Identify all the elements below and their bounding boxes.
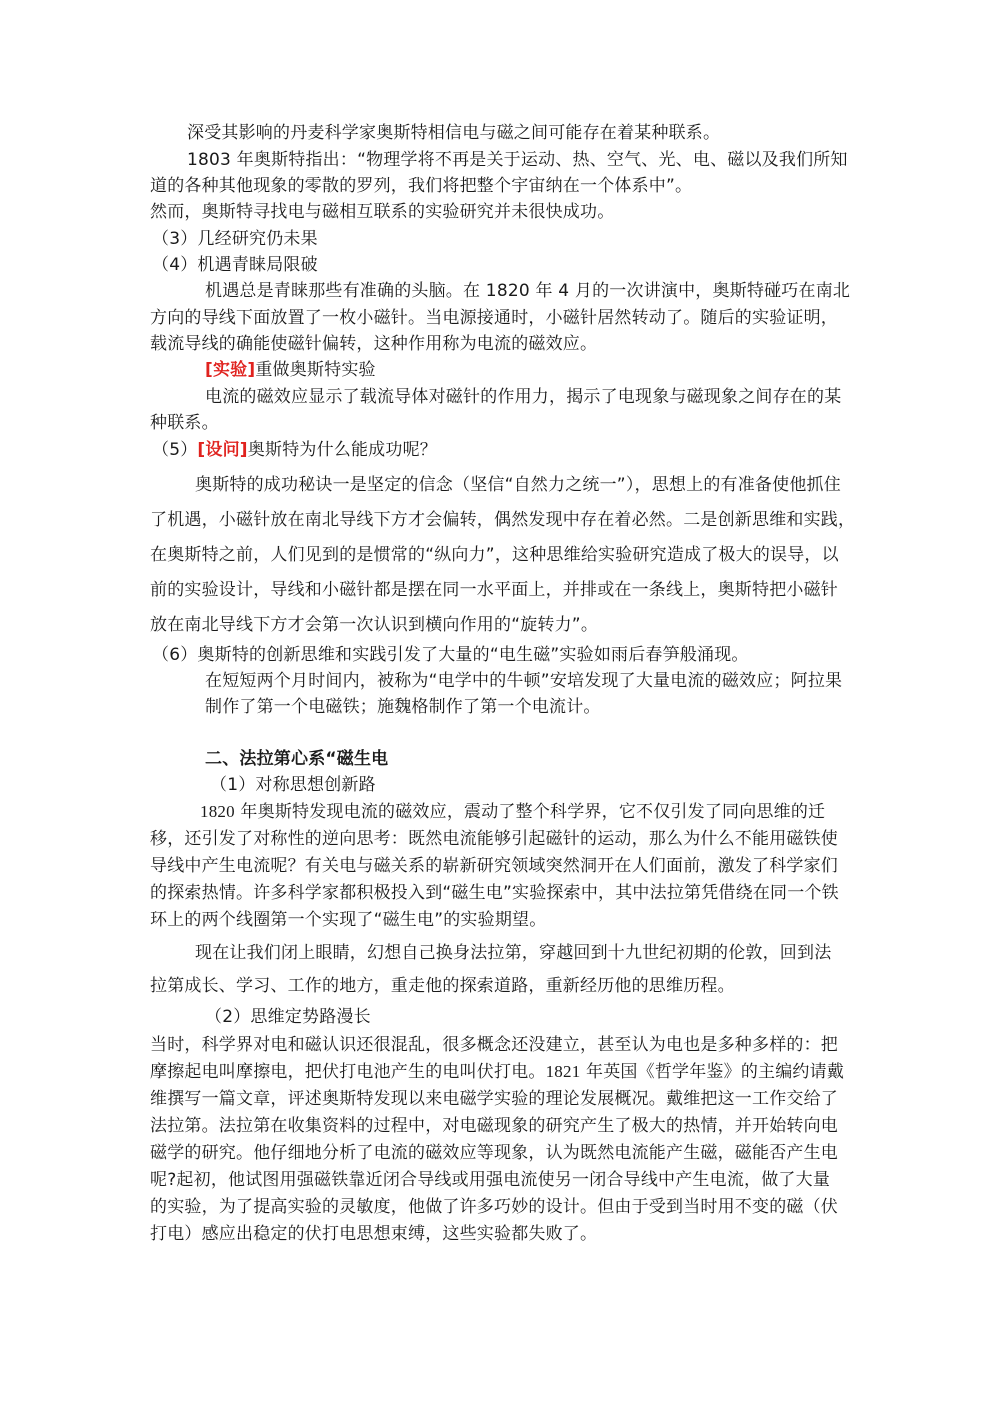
paragraph-line: 制作了第一个电磁铁；施魏格制作了第一个电流计。 xyxy=(205,694,601,720)
paragraph-line: 环上的两个线圈第一个实现了“磁生电”的实验期望。 xyxy=(150,907,546,933)
paragraph-line: 磁学的研究。他仔细地分析了电流的磁效应等现象，认为既然电流能产生磁，磁能否产生电 xyxy=(150,1140,838,1166)
paragraph-line: 在短短两个月时间内，被称为“电学中的牛顿”安培发现了大量电流的磁效应；阿拉果 xyxy=(205,668,842,694)
paragraph-line: 在奥斯特之前，人们见到的是惯常的“纵向力”，这种思维给实验研究造成了极大的误导，… xyxy=(150,542,839,568)
section-heading: （1）对称思想创新路 xyxy=(210,772,376,798)
paragraph-line: 机遇总是青睐那些有准确的头脑。在 1820 年 4 月的一次讲演中，奥斯特碰巧在… xyxy=(205,278,850,304)
question-tag: [设问] xyxy=(197,440,247,460)
question-prefix: （5） xyxy=(152,440,197,460)
section-heading: （6）奥斯特的创新思维和实践引发了大量的“电生磁”实验如雨后春笋般涌现。 xyxy=(152,642,749,668)
paragraph-line: 拉第成长、学习、工作的地方，重走他的探索道路，重新经历他的思维历程。 xyxy=(150,973,735,999)
question-line: （5）[设问]奥斯特为什么能成功呢？ xyxy=(152,437,437,463)
section-heading: （2）思维定势路漫长 xyxy=(205,1004,371,1030)
paragraph-line: 道的各种其他现象的零散的罗列，我们将把整个宇宙纳在一个体系中”。 xyxy=(150,173,692,199)
experiment-line: [实验]重做奥斯特实验 xyxy=(205,357,376,383)
experiment-tag: [实验] xyxy=(205,360,255,380)
paragraph-line: 当时，科学界对电和磁认识还很混乱，很多概念还没建立，甚至认为电也是多种多样的：把 xyxy=(150,1032,838,1058)
paragraph-line: 导线中产生电流呢？有关电与磁关系的崭新研究领域突然洞开在人们面前，激发了科学家们 xyxy=(150,853,838,879)
paragraph-line: 然而，奥斯特寻找电与磁相互联系的实验研究并未很快成功。 xyxy=(150,199,614,225)
year-number: 1820 xyxy=(200,802,235,821)
paragraph-line: 放在南北导线下方才会第一次认识到横向作用的“旋转力”。 xyxy=(150,612,598,638)
question-text: 奥斯特为什么能成功呢？ xyxy=(248,440,437,460)
section-heading: （3）几经研究仍未果 xyxy=(152,226,318,252)
year-number: 1821 xyxy=(546,1062,581,1081)
paragraph-line: 1820 年奥斯特发现电流的磁效应，震动了整个科学界，它不仅引发了同向思维的迁 xyxy=(200,799,825,825)
chapter-heading: 二、法拉第心系“磁生电 xyxy=(205,746,388,772)
paragraph-text: 年英国《哲学年鉴》的主编约请戴 xyxy=(580,1062,844,1082)
paragraph-line: 的探索热情。许多科学家都积极投入到“磁生电”实验探索中，其中法拉第凭借绕在同一个… xyxy=(150,880,839,906)
paragraph-text: 摩擦起电叫摩擦电，把伏打电池产生的电叫伏打电。 xyxy=(150,1062,546,1082)
paragraph-line: 了机遇，小磁针放在南北导线下方才会偏转，偶然发现中存在着必然。二是创新思维和实践… xyxy=(150,507,855,533)
experiment-text: 重做奥斯特实验 xyxy=(255,360,375,380)
paragraph-line: 电流的磁效应显示了载流导体对磁针的作用力，揭示了电现象与磁现象之间存在的某 xyxy=(205,384,841,410)
paragraph-line: 摩擦起电叫摩擦电，把伏打电池产生的电叫伏打电。1821 年英国《哲学年鉴》的主编… xyxy=(150,1059,844,1085)
paragraph-line: 现在让我们闭上眼睛，幻想自己换身法拉第，穿越回到十九世纪初期的伦敦，回到法 xyxy=(195,940,831,966)
paragraph-line: 方向的导线下面放置了一枚小磁针。当电源接通时，小磁针居然转动了。随后的实验证明， xyxy=(150,305,838,331)
paragraph-line: 前的实验设计，导线和小磁针都是摆在同一水平面上，并排或在一条线上，奥斯特把小磁针 xyxy=(150,577,838,603)
paragraph-line: 的实验，为了提高实验的灵敏度，他做了许多巧妙的设计。但由于受到当时用不变的磁（伏 xyxy=(150,1194,838,1220)
paragraph-line: 种联系。 xyxy=(150,410,219,436)
section-heading: （4）机遇青睐局限破 xyxy=(152,252,318,278)
paragraph-line: 打电）感应出稳定的伏打电思想束缚，这些实验都失败了。 xyxy=(150,1221,597,1247)
paragraph-line: 法拉第。法拉第在收集资料的过程中，对电磁现象的研究产生了极大的热情，并开始转向电 xyxy=(150,1113,838,1139)
paragraph-line: 奥斯特的成功秘诀一是坚定的信念（坚信“自然力之统一”），思想上的有准备使他抓住 xyxy=(195,472,841,498)
paragraph-line: 移，还引发了对称性的逆向思考：既然电流能够引起磁针的运动，那么为什么不能用磁铁使 xyxy=(150,826,838,852)
paragraph-line: 1803 年奥斯特指出：“物理学将不再是关于运动、热、空气、光、电、磁以及我们所… xyxy=(187,147,848,173)
paragraph-line: 呢?起初，他试图用强磁铁靠近闭合导线或用强电流使另一闭合导线中产生电流，做了大量 xyxy=(150,1167,830,1193)
paragraph-line: 载流导线的确能使磁针偏转，这种作用称为电流的磁效应。 xyxy=(150,331,597,357)
paragraph-text: 年奥斯特发现电流的磁效应，震动了整个科学界，它不仅引发了同向思维的迁 xyxy=(235,802,825,822)
paragraph-line: 深受其影响的丹麦科学家奥斯特相信电与磁之间可能存在着某种联系。 xyxy=(187,120,720,146)
paragraph-line: 维撰写一篇文章，评述奥斯特发现以来电磁学实验的理论发展概况。戴维把这一工作交给了 xyxy=(150,1086,838,1112)
